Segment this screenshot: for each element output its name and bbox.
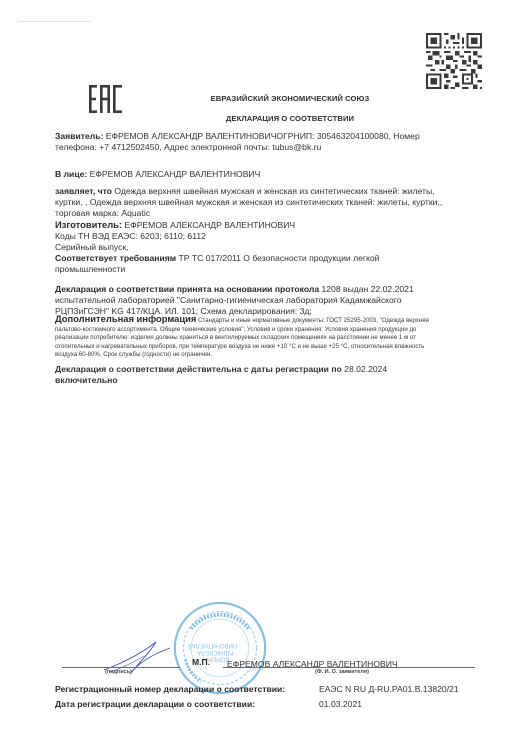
additional-info-line3: реализации потребителю: изделия должны х… [55, 334, 495, 343]
top-rule [18, 21, 90, 22]
declaration-body: заявляет, что Одежда верхняя швейная муж… [55, 186, 495, 275]
validity-label: Декларация о соответствии действительна … [55, 364, 342, 374]
additional-info-line5: воздуха 60-80%. Срок службы (годности) н… [55, 351, 495, 360]
manufacturer-label: Изготовитель: [55, 219, 122, 230]
applicant-section: Заявитель: ЕФРЕМОВ АЛЕКСАНДР ВАЛЕНТИНОВИ… [55, 131, 495, 153]
name-caption: (Ф. И. О. заявителя) [315, 669, 369, 675]
represented-by-value: ЕФРЕМОВ АЛЕКСАНДР ВАЛЕНТИНОВИЧ [87, 169, 260, 179]
validity-date: 28.02.2024 [342, 364, 387, 374]
registration-number-value: ЕАЭС N RU Д-RU.PA01.B.13820/21 [319, 684, 459, 694]
protocol-line2: испытательной лабораторией "Санитарно-ги… [55, 295, 495, 306]
serial-release: Серийный выпуск, [55, 242, 495, 253]
validity-inclusive: включительно [55, 375, 495, 386]
protocol-label: Декларация о соответствии принята на осн… [55, 284, 319, 294]
stamp-place-label: М.П. [192, 657, 210, 667]
union-title: ЕВРАЗИЙСКИЙ ЭКОНОМИЧЕСКИЙ СОЮЗ [140, 94, 440, 103]
signature-line [62, 667, 180, 668]
additional-info-line2: пальтово-костюмного ассортимента. Общие … [55, 326, 495, 335]
declaration-page: ЕВРАЗИЙСКИЙ ЭКОНОМИЧЕСКИЙ СОЮЗ ДЕКЛАРАЦИ… [0, 0, 532, 744]
signature-caption: (подпись) [105, 669, 132, 675]
registration-number-label: Регистрационный номер декларации о соотв… [55, 684, 285, 694]
document-title: ДЕКЛАРАЦИЯ О СООТВЕТСТВИИ [140, 114, 440, 123]
compliance-value-line1: ТР ТС 017/2011 О безопасности продукции … [176, 253, 379, 263]
additional-info-line4: отопительных и нагревательных приборов, … [55, 343, 495, 352]
name-line [223, 667, 475, 668]
declares-label: заявляет, что [55, 186, 112, 196]
eac-logo-icon [88, 84, 124, 114]
registration-date-label: Дата регистрации декларации о соответств… [55, 699, 255, 709]
hs-codes: Коды ТН ВЭД ЕАЭС: 6203; 6110; 6112 [55, 231, 495, 242]
additional-info-section: Дополнительная информация Стандарты и ин… [55, 315, 495, 360]
applicant-value-line1: ЕФРЕМОВ АЛЕКСАНДР ВАЛЕНТИНОВИЧОГРНИП: 30… [103, 131, 419, 141]
manufacturer-value: ЕФРЕМОВ АЛЕКСАНДР ВАЛЕНТИНОВИЧ [122, 220, 295, 230]
represented-by-label: В лице: [55, 169, 87, 179]
validity-section: Декларация о соответствии действительна … [55, 364, 495, 386]
product-line2: куртки, , Одежда верхняя швейная мужская… [55, 197, 495, 208]
svg-text:РДНАСКЕЛА: РДНАСКЕЛА [197, 649, 233, 655]
product-line1: Одежда верхняя швейная мужская и женская… [112, 186, 435, 196]
qr-code-icon [426, 33, 482, 89]
compliance-label: Соответствует требованиям [55, 253, 176, 263]
applicant-label: Заявитель: [55, 131, 103, 141]
svg-text:НИВОНИТНЕЛАВ: НИВОНИТНЕЛАВ [188, 642, 237, 648]
protocol-value: 1208 выдан 22.02.2021 [319, 284, 414, 294]
trademark: торговая марка: Aquatic [55, 208, 495, 219]
additional-info-label: Дополнительная информация [55, 313, 196, 324]
additional-info-line1: Стандарты и иные нормативные документы: … [196, 317, 428, 324]
registration-date-value: 01.03.2021 [319, 699, 362, 709]
represented-by-section: В лице: ЕФРЕМОВ АЛЕКСАНДР ВАЛЕНТИНОВИЧ [55, 169, 495, 180]
applicant-value-line2: телефона: +7 4712502450, Адрес электронн… [55, 142, 495, 153]
compliance-value-line2: промышленности [55, 264, 495, 275]
official-stamp-icon: НИВОНИТНЕЛАВ РДНАСКЕЛА ВОМЕРФЕ [172, 600, 268, 696]
